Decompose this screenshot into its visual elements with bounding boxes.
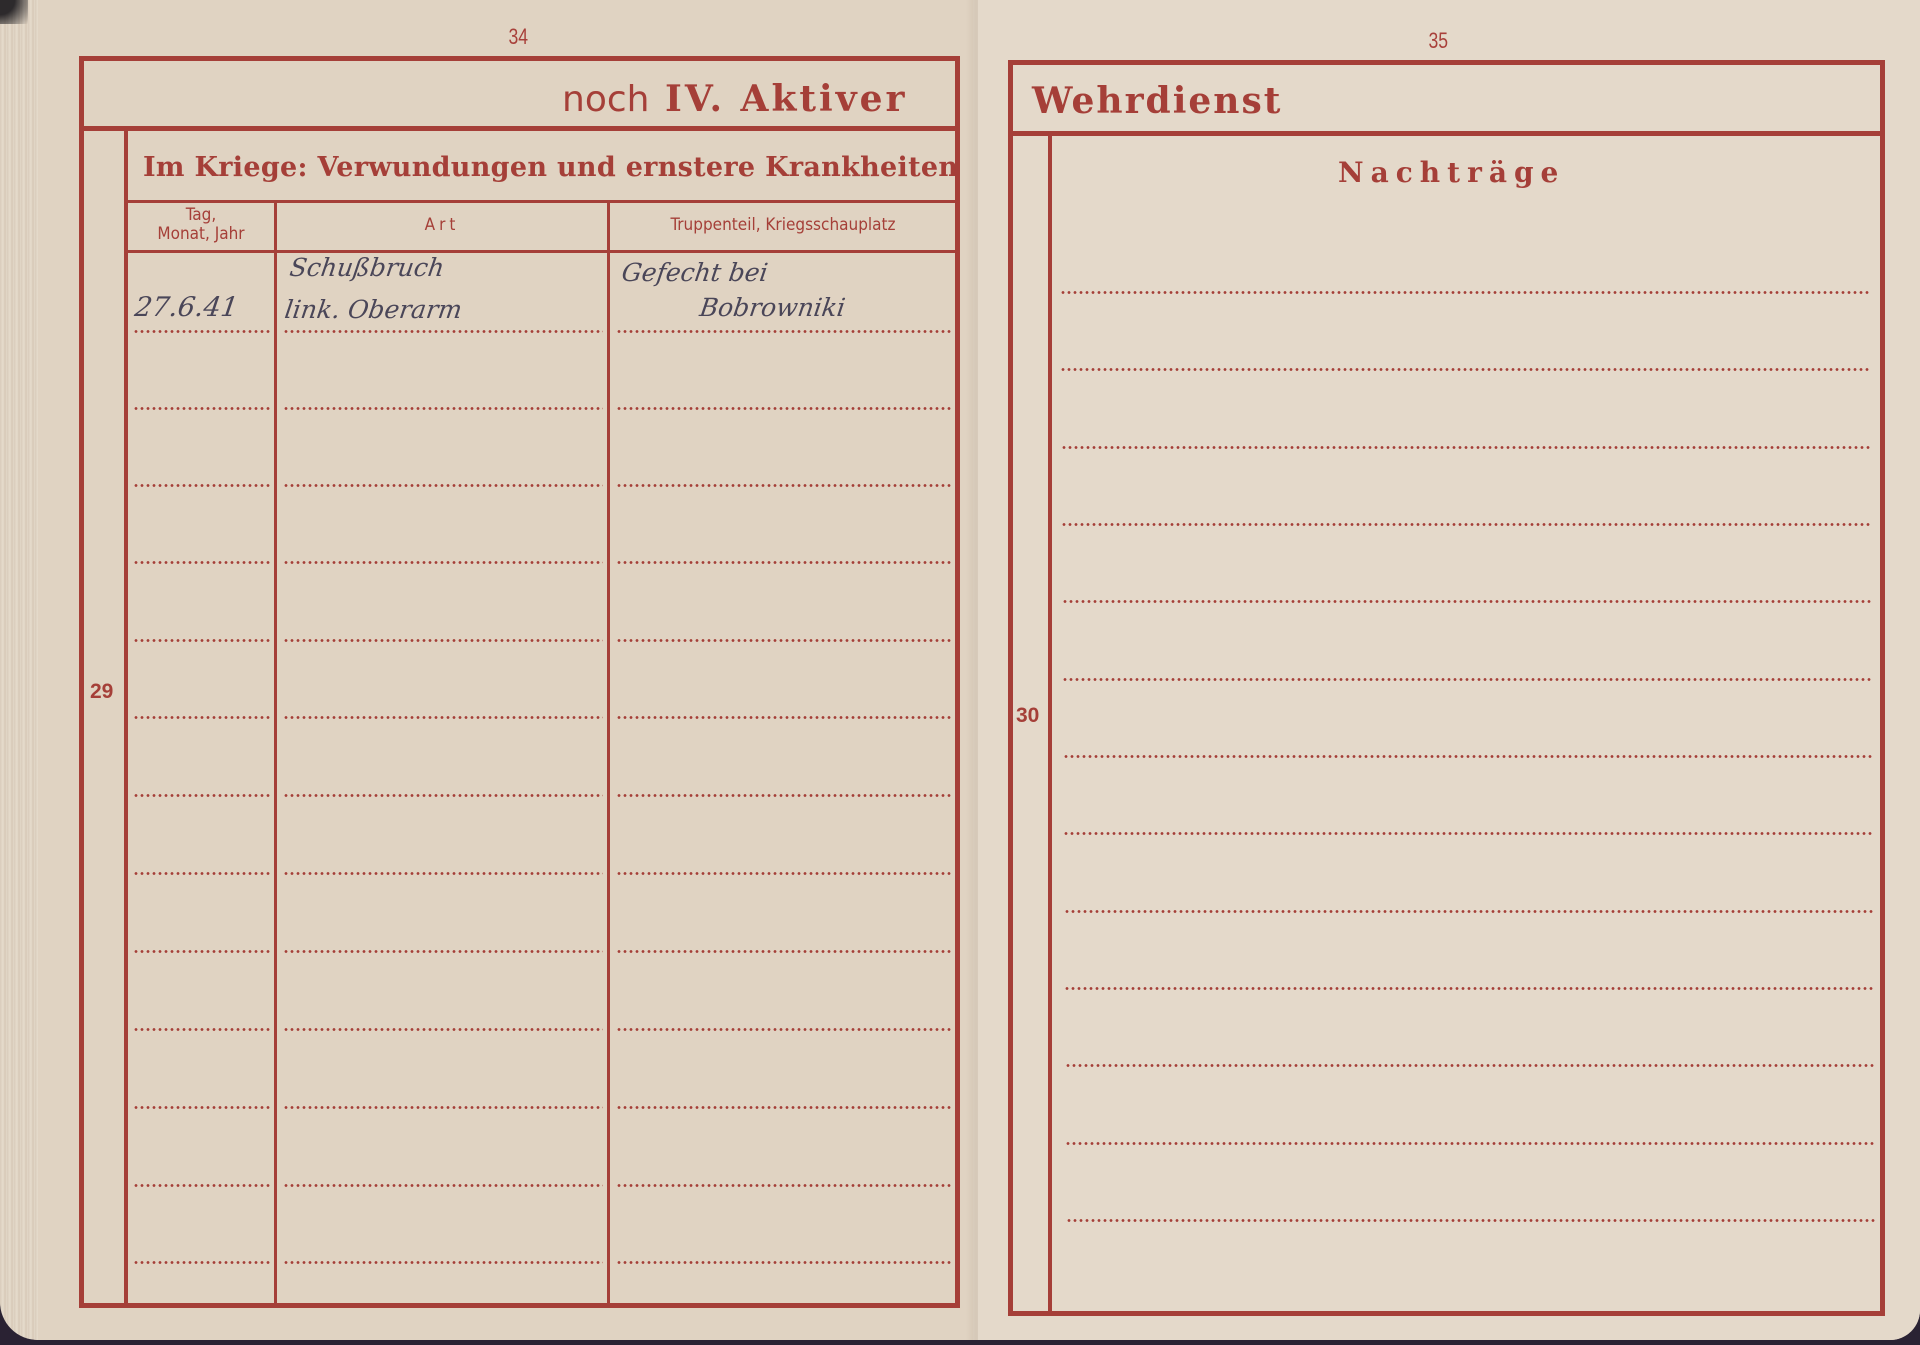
- ruled-line: [1063, 755, 1874, 758]
- ruled-line: [1062, 678, 1873, 681]
- ruled-line: [1065, 1142, 1876, 1145]
- ruled-line: [133, 950, 270, 953]
- left-title-band-divider: [79, 126, 960, 131]
- column-divider-2: [607, 201, 610, 1306]
- title-prefix: noch: [562, 79, 649, 120]
- ruled-line: [133, 639, 270, 642]
- ruled-line: [616, 794, 952, 797]
- ruled-line: [1064, 910, 1875, 913]
- ruled-line: [616, 407, 952, 410]
- ruled-line: [616, 561, 952, 564]
- entry-unit-line1: Gefecht bei: [620, 258, 770, 287]
- ruled-line: [1061, 446, 1872, 449]
- ruled-line: [283, 1106, 603, 1109]
- ruled-line: [133, 330, 270, 333]
- ruled-line: [1066, 1219, 1877, 1222]
- ruled-line: [1062, 600, 1873, 603]
- ruled-line: [283, 716, 603, 719]
- entry-unit-line2: Bobrowniki: [698, 293, 847, 322]
- ruled-line: [616, 716, 952, 719]
- ruled-line: [283, 330, 603, 333]
- ruled-line: [133, 1261, 270, 1264]
- ruled-line: [1060, 291, 1871, 294]
- ruled-line: [1061, 523, 1872, 526]
- ruled-line: [616, 639, 952, 642]
- ruled-line: [133, 484, 270, 487]
- ruled-line: [133, 794, 270, 797]
- ruled-line: [283, 1028, 603, 1031]
- entry-type-line1: Schußbruch: [288, 253, 446, 282]
- ruled-line: [616, 950, 952, 953]
- right-title-band-divider: [1008, 131, 1885, 136]
- entry-type-line2: link. Oberarm: [283, 295, 464, 324]
- page-edges: [0, 0, 38, 1340]
- ruled-line: [133, 1106, 270, 1109]
- left-page-title: noch IV. Aktiver: [562, 78, 908, 120]
- ruled-line: [283, 950, 603, 953]
- page-number-right: 35: [1428, 28, 1448, 54]
- ruled-line: [133, 1028, 270, 1031]
- open-book: 34 noch IV. Aktiver Im Kriege: Verwundun…: [0, 0, 1920, 1340]
- ruled-line: [133, 1184, 270, 1187]
- ruled-line: [1063, 832, 1874, 835]
- ruled-line: [1060, 368, 1871, 371]
- ruled-line: [133, 561, 270, 564]
- ruled-line: [283, 639, 603, 642]
- ruled-line: [616, 330, 952, 333]
- page-number-left: 34: [508, 24, 528, 50]
- ruled-line: [283, 1261, 603, 1264]
- ruled-line: [616, 1028, 952, 1031]
- corner-shadow: [0, 0, 28, 24]
- section-subtitle: Im Kriege: Verwundungen und ernstere Kra…: [143, 152, 958, 183]
- right-page-title: Wehrdienst: [1032, 80, 1282, 122]
- left-row-number-divider: [124, 128, 128, 1306]
- column-divider-1: [274, 201, 277, 1306]
- right-row-number-divider: [1048, 133, 1052, 1314]
- nachtraege-heading: Nachträge: [1338, 156, 1565, 189]
- ruled-line: [133, 716, 270, 719]
- ruled-line: [283, 561, 603, 564]
- ruled-line: [283, 794, 603, 797]
- row-number-30: 30: [1016, 704, 1039, 728]
- column-header-date: Tag, Monat, Jahr: [128, 206, 274, 244]
- ruled-line: [283, 407, 603, 410]
- ruled-line: [283, 1184, 603, 1187]
- ruled-line: [616, 1106, 952, 1109]
- ruled-line: [1064, 987, 1875, 990]
- ruled-line: [1065, 1064, 1876, 1067]
- ruled-line: [133, 407, 270, 410]
- ruled-line: [616, 484, 952, 487]
- column-header-bottom-line: [126, 250, 958, 253]
- ruled-line: [283, 484, 603, 487]
- ruled-line: [616, 1184, 952, 1187]
- title-main: IV. Aktiver: [665, 78, 908, 120]
- ruled-line: [616, 1261, 952, 1264]
- column-header-top-line: [126, 200, 958, 203]
- row-number-29: 29: [90, 680, 113, 704]
- right-page-frame: [1008, 60, 1885, 1316]
- column-header-type: Art: [277, 216, 607, 235]
- ruled-line: [133, 872, 270, 875]
- entry-date: 27.6.41: [133, 292, 240, 323]
- ruled-line: [616, 872, 952, 875]
- column-header-unit: Truppenteil, Kriegsschauplatz: [610, 216, 956, 235]
- ruled-line: [283, 872, 603, 875]
